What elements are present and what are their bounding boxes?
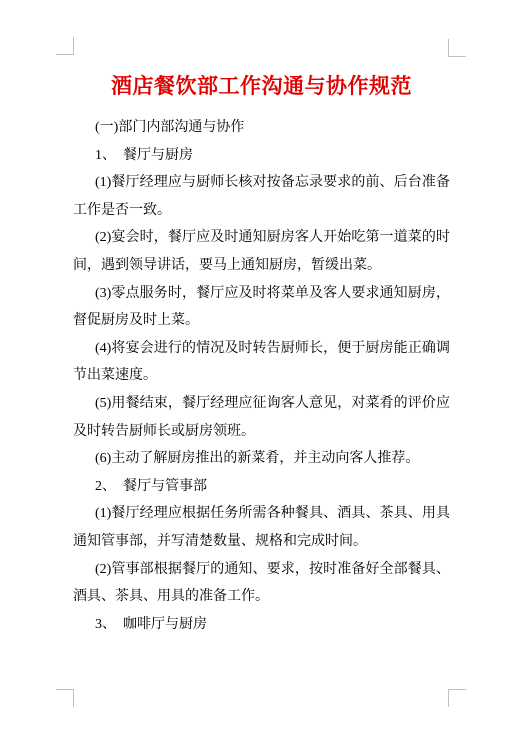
clause: (3)零点服务时，餐厅应及时将菜单及客人要求通知厨房，督促厨房及时上菜。 xyxy=(73,280,450,335)
clause: (1)餐厅经理应根据任务所需各种餐具、酒具、茶具、用具通知管事部，并写清楚数量、… xyxy=(73,500,450,555)
text-boundary-mark-top-left xyxy=(56,37,74,55)
clause: (4)将宴会进行的情况及时转告厨师长，便于厨房能正确调节出菜速度。 xyxy=(73,335,450,390)
subheading-restaurant-steward: 2、 餐厅与管事部 xyxy=(73,473,450,501)
clause: (2)管事部根据餐厅的通知、要求，按时准备好全部餐具、酒具、茶具、用具的准备工作… xyxy=(73,556,450,611)
clause: (1)餐厅经理应与厨师长核对按备忘录要求的前、后台准备工作是否一致。 xyxy=(73,169,450,224)
text-boundary-mark-top-right xyxy=(448,39,466,57)
document-page: 酒店餐饮部工作沟通与协作规范 (一)部门内部沟通与协作 1、 餐厅与厨房 (1)… xyxy=(0,0,520,753)
clause: (6)主动了解厨房推出的新菜肴，并主动向客人推荐。 xyxy=(73,445,450,473)
text-boundary-mark-bottom-left xyxy=(56,689,74,707)
subheading-coffee-shop-kitchen: 3、 咖啡厅与厨房 xyxy=(73,611,450,639)
text-area: 酒店餐饮部工作沟通与协作规范 (一)部门内部沟通与协作 1、 餐厅与厨房 (1)… xyxy=(73,66,450,638)
heading-internal-communication: (一)部门内部沟通与协作 xyxy=(73,114,450,142)
clause: (2)宴会时，餐厅应及时通知厨房客人开始吃第一道菜的时间，遇到领导讲话，要马上通… xyxy=(73,224,450,279)
text-boundary-mark-bottom-right xyxy=(448,689,466,707)
document-title: 酒店餐饮部工作沟通与协作规范 xyxy=(73,66,450,106)
subheading-restaurant-kitchen: 1、 餐厅与厨房 xyxy=(73,142,450,170)
clause: (5)用餐结束，餐厅经理应征询客人意见，对菜肴的评价应及时转告厨师长或厨房领班。 xyxy=(73,390,450,445)
